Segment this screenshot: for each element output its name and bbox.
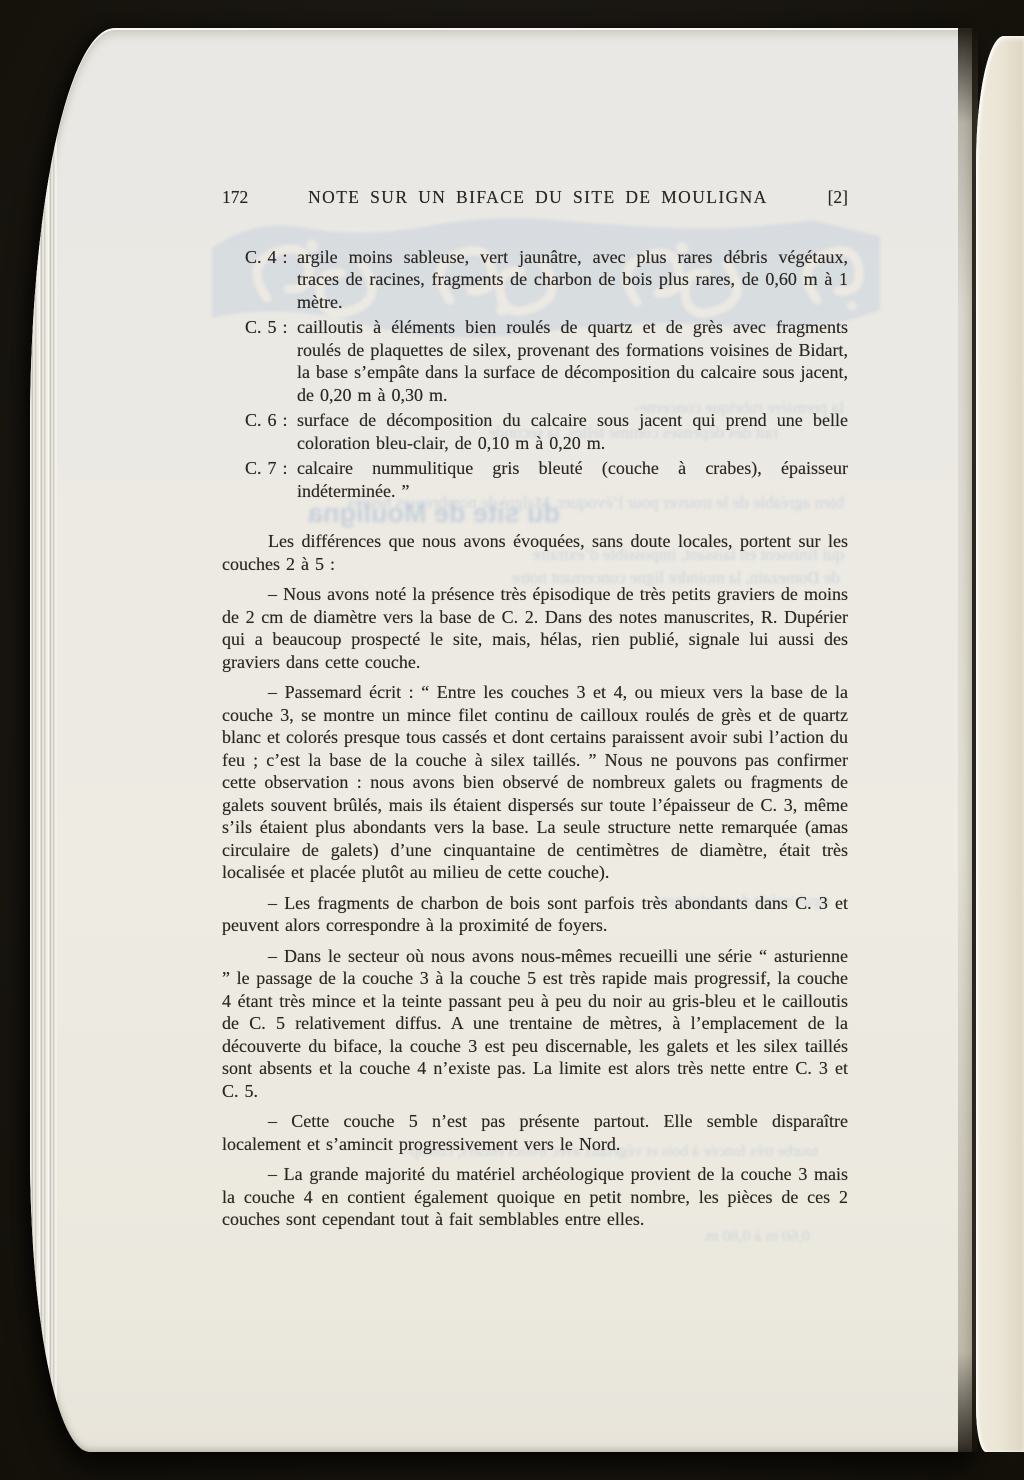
spine-gutter-shadow <box>958 28 978 1452</box>
list-item: C. 4 :argile moins sableuse, vert jaunât… <box>222 246 848 314</box>
paragraph: – La grande majorité du matériel archéol… <box>222 1163 848 1231</box>
list-item: C. 6 :surface de décomposition du calcai… <box>222 409 848 454</box>
paragraph: – Nous avons noté la présence très épiso… <box>222 583 848 673</box>
layer-label: C. 4 : <box>245 246 297 269</box>
list-item: C. 5 :cailloutis à éléments bien roulés … <box>222 316 848 406</box>
running-title: NOTE SUR UN BIFACE DU SITE DE MOULIGNA <box>308 186 768 209</box>
facing-page-edge <box>976 36 1024 1452</box>
paragraph: – Passemard écrit : “ Entre les couches … <box>222 681 848 884</box>
page-number: 172 <box>222 186 248 209</box>
paragraph: – Cette couche 5 n’est pas présente part… <box>222 1110 848 1155</box>
layer-description: calcaire nummulitique gris bleuté (couch… <box>297 458 848 501</box>
layer-label: C. 6 : <box>245 409 297 432</box>
layer-description: cailloutis à éléments bien roulés de qua… <box>297 317 848 405</box>
layer-description: surface de décomposition du calcaire sou… <box>297 410 848 453</box>
list-item: C. 7 :calcaire nummulitique gris bleuté … <box>222 457 848 502</box>
paragraph: – Les fragments de charbon de bois sont … <box>222 892 848 937</box>
paragraph: Les différences que nous avons évoquées,… <box>222 530 848 575</box>
section-marker: [2] <box>828 186 848 209</box>
scanned-book-photo: du site de Mouligna bien agréable de le … <box>0 0 1024 1480</box>
page-stack-edges <box>30 28 57 1452</box>
paragraph: – Dans le secteur où nous avons nous-mêm… <box>222 945 848 1103</box>
layer-label: C. 5 : <box>245 316 297 339</box>
stratigraphy-list: C. 4 :argile moins sableuse, vert jaunât… <box>222 246 848 503</box>
layer-label: C. 7 : <box>245 457 297 480</box>
layer-description: argile moins sableuse, vert jaunâtre, av… <box>297 247 848 312</box>
running-header: 172 NOTE SUR UN BIFACE DU SITE DE MOULIG… <box>222 186 848 209</box>
page-text: 172 NOTE SUR UN BIFACE DU SITE DE MOULIG… <box>222 186 848 1231</box>
